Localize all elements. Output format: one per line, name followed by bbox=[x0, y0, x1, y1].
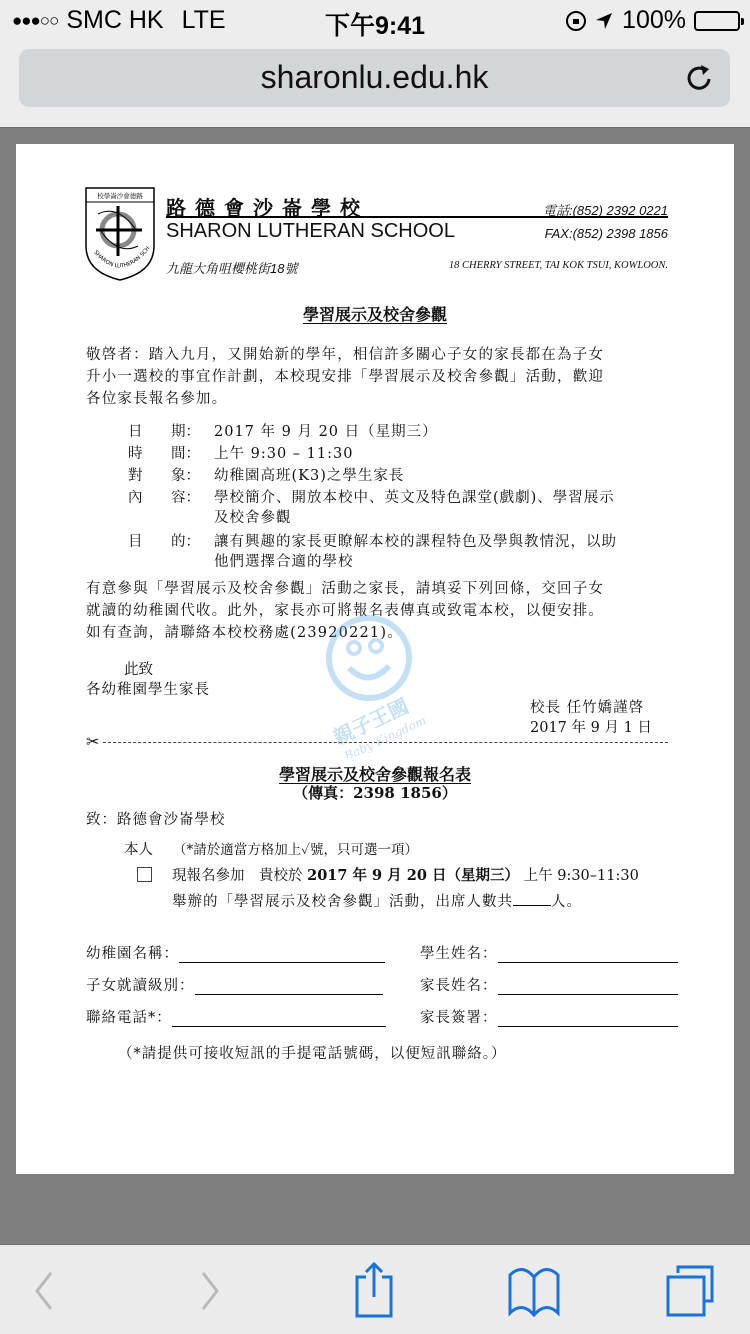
tabs-icon bbox=[664, 1265, 720, 1317]
cut-line: ✂ bbox=[86, 734, 668, 750]
letter-title: 學習展示及校舍參觀 bbox=[16, 302, 734, 325]
orientation-lock-icon bbox=[566, 11, 586, 31]
field-student-name: 學生姓名： bbox=[420, 942, 678, 963]
field-label: 子女就讀級別： bbox=[86, 974, 195, 995]
field-parent-signature: 家長簽署： bbox=[420, 1006, 678, 1027]
chevron-right-icon bbox=[195, 1269, 225, 1313]
detail-row-purpose: 目的： 讓有興趣的家長更瞭解本校的課程特色及學與教情況，以助他們選擇合適的學校 bbox=[128, 532, 674, 572]
field-label: 家長簽署： bbox=[420, 1006, 498, 1027]
browser-toolbar bbox=[0, 1244, 750, 1334]
book-icon bbox=[506, 1265, 562, 1317]
bookmarks-button[interactable] bbox=[506, 1263, 562, 1319]
status-bar: ●●●○○ SMC HK LTE 下午9:41 100% bbox=[0, 0, 750, 40]
letterhead: 校學崙沙會德路 SHARON LUTHERAN SCHOOL 路德會沙崙學校 S… bbox=[84, 186, 668, 282]
sms-note: （*請提供可接收短訊的手提電話號碼，以便短訊聯絡。） bbox=[118, 1042, 507, 1063]
field-input[interactable] bbox=[498, 947, 678, 963]
form-fax-number: （傳真：2398 1856） bbox=[16, 782, 734, 803]
dashed-divider bbox=[103, 742, 668, 743]
field-label: 學生姓名： bbox=[420, 942, 498, 963]
form-self-line: 本人（*請於適當方格加上✓號，只可選一項） bbox=[124, 838, 418, 859]
instructions-line: 就讀的幼稚園代收。此外，家長亦可將報名表傳真或致電本校，以便安排。 bbox=[86, 600, 668, 622]
field-phone: 聯絡電話*： bbox=[86, 1006, 386, 1027]
event-details: 日期： 2017 年 9 月 20 日（星期三） 時間： 上午 9:30 – 1… bbox=[128, 422, 674, 574]
school-address-chinese: 九龍大角咀櫻桃街18號 bbox=[166, 258, 297, 277]
url-text[interactable]: sharonlu.edu.hk bbox=[19, 59, 730, 96]
detail-row-time: 時間： 上午 9:30 – 11:30 bbox=[128, 444, 674, 464]
detail-row-content: 內容： 學校簡介、開放本校中、英文及特色課堂(戲劇)、學習展示及校舍參觀 bbox=[128, 488, 674, 528]
forward-button[interactable] bbox=[182, 1263, 238, 1319]
tabs-button[interactable] bbox=[664, 1263, 720, 1319]
field-label: 聯絡電話*： bbox=[86, 1006, 172, 1027]
self-label: 本人 bbox=[124, 842, 153, 858]
back-button[interactable] bbox=[16, 1263, 72, 1319]
letter-document: 校學崙沙會德路 SHARON LUTHERAN SCHOOL 路德會沙崙學校 S… bbox=[16, 144, 734, 1174]
field-parent-name: 家長姓名： bbox=[420, 974, 678, 995]
closing-salutation: 此致 bbox=[124, 658, 153, 679]
intro-line: 升小一選校的事宜作計劃，本校現安排「學習展示及校舍參觀」活動，歡迎 bbox=[86, 366, 668, 388]
detail-row-audience: 對象： 幼稚園高班(K3)之學生家長 bbox=[128, 466, 674, 486]
field-input[interactable] bbox=[195, 979, 383, 995]
field-child-grade: 子女就讀級別： bbox=[86, 974, 383, 995]
signature: 校長 任竹嬌謹啓 bbox=[530, 696, 644, 717]
field-label: 幼稚園名稱： bbox=[86, 942, 179, 963]
field-kindergarten-name: 幼稚園名稱： bbox=[86, 942, 385, 963]
share-icon bbox=[352, 1261, 396, 1321]
detail-row-date: 日期： 2017 年 9 月 20 日（星期三） bbox=[128, 422, 674, 442]
form-recipient: 致：路德會沙崙學校 bbox=[86, 808, 226, 829]
field-input[interactable] bbox=[498, 979, 678, 995]
intro-paragraph: 敬啓者：踏入九月，又開始新的學年，相信許多關心子女的家長都在為子女 升小一選校的… bbox=[86, 344, 668, 410]
closing-recipient: 各幼稚園學生家長 bbox=[86, 678, 210, 699]
school-telephone: 電話:(852) 2392 0221 bbox=[543, 200, 668, 219]
register-option-line2: 舉辦的「學習展示及校舍參觀」活動，出席人數共人。 bbox=[172, 890, 582, 911]
detail-value: 讓有興趣的家長更瞭解本校的課程特色及學與教情況，以助他們選擇合適的學校 bbox=[214, 532, 674, 572]
browser-top-chrome: ●●●○○ SMC HK LTE 下午9:41 100% sharonlu.ed… bbox=[0, 0, 750, 128]
school-crest-logo: 校學崙沙會德路 SHARON LUTHERAN SCHOOL bbox=[84, 186, 156, 282]
scissors-icon: ✂ bbox=[86, 734, 99, 750]
detail-value: 2017 年 9 月 20 日（星期三） bbox=[214, 422, 674, 442]
chevron-left-icon bbox=[29, 1269, 59, 1313]
battery-percent: 100% bbox=[622, 6, 686, 35]
field-input[interactable] bbox=[172, 1011, 386, 1027]
document-page: 校學崙沙會德路 SHARON LUTHERAN SCHOOL 路德會沙崙學校 S… bbox=[16, 144, 734, 1174]
intro-line: 敬啓者：踏入九月，又開始新的學年，相信許多關心子女的家長都在為子女 bbox=[86, 344, 668, 366]
self-note: （*請於適當方格加上✓號，只可選一項） bbox=[173, 842, 418, 858]
location-arrow-icon bbox=[594, 11, 614, 31]
school-name-english: SHARON LUTHERAN SCHOOL bbox=[166, 220, 455, 243]
instructions-line: 如有查詢，請聯絡本校校務處(23920221)。 bbox=[86, 622, 668, 644]
reload-icon bbox=[682, 61, 716, 95]
event-date-bold: 2017 年 9 月 20 日（星期三） bbox=[307, 867, 519, 884]
intro-line: 各位家長報名參加。 bbox=[86, 388, 668, 410]
field-input[interactable] bbox=[179, 947, 385, 963]
instructions-line: 有意參與「學習展示及校舍參觀」活動之家長，請填妥下列回條，交回子女 bbox=[86, 578, 668, 600]
detail-value: 學校簡介、開放本校中、英文及特色課堂(戲劇)、學習展示及校舍參觀 bbox=[214, 488, 674, 528]
school-address-english: 18 CHERRY STREET, TAI KOK TSUI, KOWLOON. bbox=[449, 260, 668, 271]
address-bar[interactable]: sharonlu.edu.hk bbox=[19, 49, 730, 107]
battery-icon bbox=[694, 11, 740, 31]
field-label: 家長姓名： bbox=[420, 974, 498, 995]
share-button[interactable] bbox=[346, 1263, 402, 1319]
reload-button[interactable] bbox=[682, 61, 716, 95]
detail-value: 上午 9:30 – 11:30 bbox=[214, 444, 674, 464]
svg-text:校學崙沙會德路: 校學崙沙會德路 bbox=[97, 191, 143, 200]
detail-value: 幼稚園高班(K3)之學生家長 bbox=[214, 466, 674, 486]
instructions-paragraph: 有意參與「學習展示及校舍參觀」活動之家長，請填妥下列回條，交回子女 就讀的幼稚園… bbox=[86, 578, 668, 644]
attendee-count-blank[interactable] bbox=[513, 892, 551, 906]
field-input[interactable] bbox=[498, 1011, 678, 1027]
register-checkbox[interactable] bbox=[137, 867, 152, 882]
register-option-line1: 現報名參加 貴校於 2017 年 9 月 20 日（星期三） 上午 9:30–1… bbox=[172, 864, 639, 885]
status-right: 100% bbox=[566, 6, 740, 35]
school-fax: FAX:(852) 2398 1856 bbox=[545, 226, 668, 241]
